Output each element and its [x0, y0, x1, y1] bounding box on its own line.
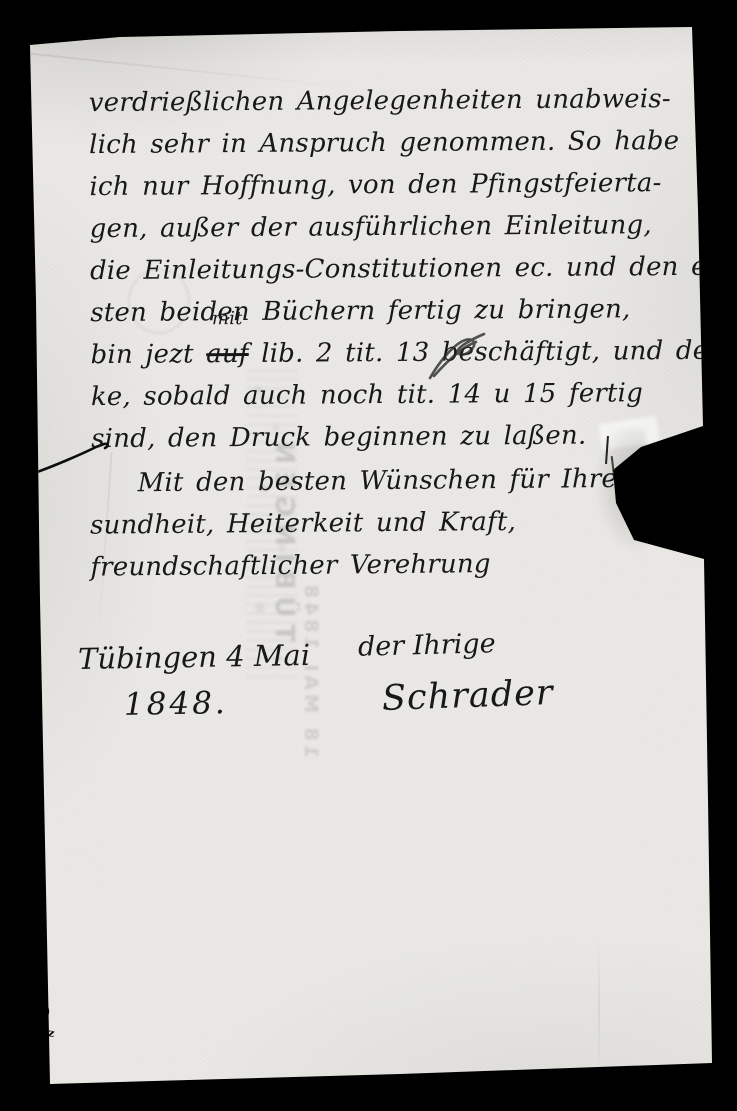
stray-ink-stroke — [34, 436, 114, 480]
signature-name: Schrader — [381, 673, 554, 719]
edge-ink-mark: ) — [42, 1000, 51, 1022]
handwriting-line-5: die Einleitungs-Constitutionen ec. und d… — [90, 246, 690, 292]
scanned-letter-screenshot: TÜBINGEN 18 MAI 1848 verdrießlichen Ange… — [0, 0, 737, 1111]
handwriting-line-8: ke, sobald auch noch tit. 14 u 15 fertig — [91, 372, 691, 418]
handwriting-line-6: sten beiden Büchern fertig zu bringen, — [90, 288, 690, 334]
inserted-word: mit — [212, 310, 243, 328]
fold-crease-bottom — [598, 935, 600, 1083]
letter-body: verdrießlichen Angelegenheiten unabweis-… — [89, 78, 692, 460]
handwriting-line-7: bin jezt mitauf lib. 2 tit. 13 beschäfti… — [90, 330, 690, 376]
handwriting-line-1: verdrießlichen Angelegenheiten unabweis- — [89, 78, 689, 124]
letter-page: TÜBINGEN 18 MAI 1848 verdrießlichen Ange… — [0, 0, 737, 1111]
valediction: der Ihrige — [358, 628, 496, 663]
ink-flourish — [424, 330, 494, 386]
handwriting-segment: bin jezt — [90, 339, 206, 370]
dateline-place: Tübingen 4 Mai — [78, 638, 311, 676]
handwriting-line-4: gen, außer der ausführlichen Einleitung, — [90, 204, 690, 250]
struck-word: auf — [206, 339, 249, 369]
edge-ink-mark: zz — [42, 1025, 55, 1040]
handwriting-line-2: lich sehr in Anspruch genommen. So habe — [89, 120, 689, 166]
handwriting-line-3: ich nur Hoffnung, von den Pfingstfeierta… — [89, 162, 689, 208]
tear-notch — [594, 428, 646, 554]
dateline-year: 1848. — [124, 685, 228, 723]
correction: mitauf — [206, 333, 249, 375]
